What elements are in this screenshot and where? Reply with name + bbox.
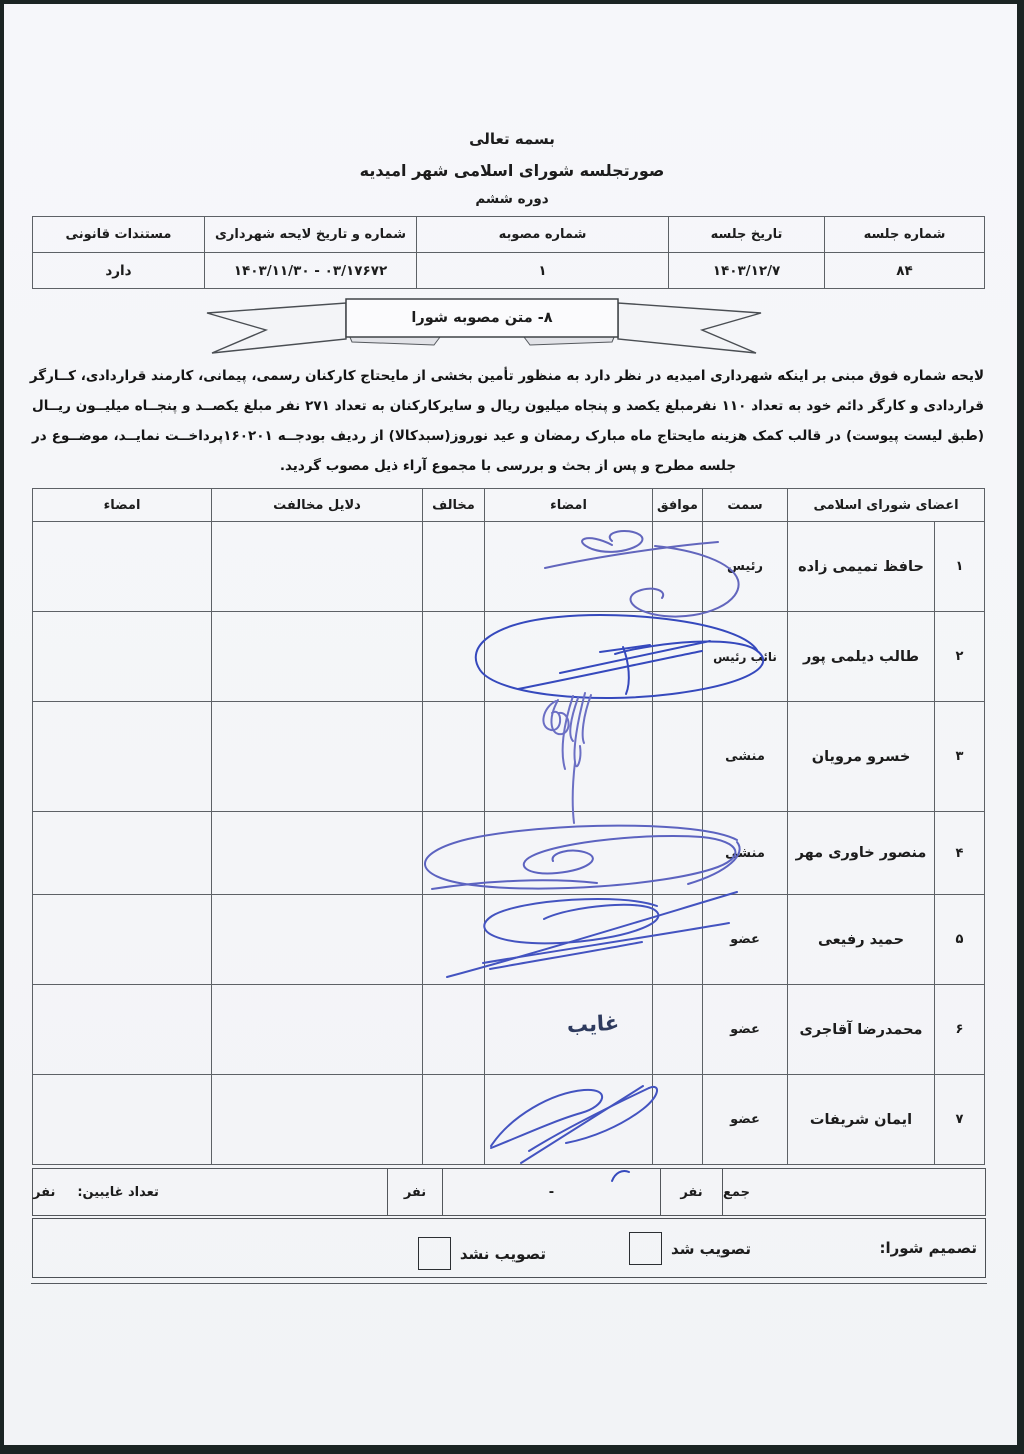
total-label: جمع (722, 1169, 985, 1215)
bill-number-date-header: شماره و تاریخ لایحه شهرداری (205, 217, 417, 253)
document-header: بسمه تعالی صورتجلسه شورای اسلامی شهر امی… (262, 130, 762, 207)
approved-option: تصویب شد (629, 1232, 751, 1265)
resolution-text: لایحه شماره فوق مبنی بر اینکه شهرداری ام… (32, 361, 984, 481)
member-position: نائب رئیس (703, 612, 788, 702)
oppose-reason-cell (212, 985, 423, 1075)
rejected-option: تصویب نشد (418, 1237, 546, 1270)
col-position: سمت (703, 489, 788, 522)
row-number: ۳ (935, 702, 985, 812)
legal-docs-value: دارد (33, 253, 205, 289)
table-row: ۳ خسرو مرویان منشی (33, 702, 985, 812)
table-row: ۵ حمید رفیعی عضو (33, 895, 985, 985)
resolution-line-3: (طبق لیست پیوست) در قالب کمک هزینه مایحت… (32, 421, 984, 451)
member-position: رئیس (703, 522, 788, 612)
agree-cell (653, 612, 703, 702)
oppose-cell (423, 522, 485, 612)
member-position: عضو (703, 1075, 788, 1165)
oppose-cell (423, 1075, 485, 1165)
agree-cell (653, 895, 703, 985)
oppose-reason-cell (212, 812, 423, 895)
agree-cell (653, 812, 703, 895)
bill-number-date-value: ۰۳/۱۷۶۷۲ - ۱۴۰۳/۱۱/۳۰ (205, 253, 417, 289)
page-title: صورتجلسه شورای اسلامی شهر امیدیه (262, 161, 762, 180)
table-row: ۲ طالب دیلمی پور نائب رئیس (33, 612, 985, 702)
agree-cell (653, 522, 703, 612)
row-number: ۱ (935, 522, 985, 612)
rejected-checkbox[interactable] (418, 1237, 451, 1270)
member-position: عضو (703, 985, 788, 1075)
decision-label: تصمیم شورا: (879, 1219, 977, 1277)
oppose-cell (423, 812, 485, 895)
resolution-number-value: ۱ (417, 253, 669, 289)
session-date-header: تاریخ جلسه (669, 217, 825, 253)
member-position: منشی (703, 812, 788, 895)
table-row: ۴ منصور خاوری مهر منشی (33, 812, 985, 895)
scanned-document-page: بسمه تعالی صورتجلسه شورای اسلامی شهر امی… (4, 4, 1017, 1445)
signature-cell (485, 702, 653, 812)
agree-count-unit: نفر (660, 1169, 722, 1215)
table-row: ۶ محمدرضا آقاجری عضو (33, 985, 985, 1075)
approved-label: تصویب شد (671, 1240, 751, 1258)
resolution-number-header: شماره مصوبه (417, 217, 669, 253)
oppose-cell (423, 702, 485, 812)
col-members: اعضای شورای اسلامی (788, 489, 985, 522)
col-signature-2: امضاء (33, 489, 212, 522)
row-number: ۶ (935, 985, 985, 1075)
member-position: عضو (703, 895, 788, 985)
banner-title: ۸- متن مصوبه شورا (346, 299, 618, 337)
session-info-table: شماره جلسه تاریخ جلسه شماره مصوبه شماره … (32, 216, 985, 289)
oppose-reason-cell (212, 522, 423, 612)
table-header-row: اعضای شورای اسلامی سمت موافق امضاء مخالف… (33, 489, 985, 522)
signature-cell (485, 895, 653, 985)
council-decision-row: تصمیم شورا: تصویب شد تصویب نشد (32, 1218, 986, 1278)
col-agree: موافق (653, 489, 703, 522)
oppose-cell (423, 895, 485, 985)
signature2-cell (33, 895, 212, 985)
col-oppose-reasons: دلایل مخالفت (212, 489, 423, 522)
signature2-cell (33, 522, 212, 612)
row-number: ۷ (935, 1075, 985, 1165)
session-number-header: شماره جلسه (825, 217, 985, 253)
member-name: طالب دیلمی پور (788, 612, 935, 702)
signature-cell (485, 812, 653, 895)
member-position: منشی (703, 702, 788, 812)
term-label: دوره ششم (262, 191, 762, 207)
signature2-cell (33, 1075, 212, 1165)
oppose-reason-cell (212, 895, 423, 985)
rejected-label: تصویب نشد (460, 1245, 546, 1263)
legal-docs-header: مستندات قانونی (33, 217, 205, 253)
member-name: حمید رفیعی (788, 895, 935, 985)
signature-cell (485, 612, 653, 702)
absent-count-cell: تعداد غایبین: نفر (33, 1169, 387, 1215)
oppose-count-unit: نفر (387, 1169, 442, 1215)
oppose-cell (423, 612, 485, 702)
row-number: ۵ (935, 895, 985, 985)
oppose-reason-cell (212, 612, 423, 702)
oppose-cell (423, 985, 485, 1075)
signature-cell (485, 522, 653, 612)
agree-cell (653, 1075, 703, 1165)
member-name: حافظ تمیمی زاده (788, 522, 935, 612)
member-name: منصور خاوری مهر (788, 812, 935, 895)
member-name: محمدرضا آقاجری (788, 985, 935, 1075)
col-oppose: مخالف (423, 489, 485, 522)
row-number: ۲ (935, 612, 985, 702)
signature2-cell (33, 812, 212, 895)
signature-cell (485, 1075, 653, 1165)
agree-cell (653, 702, 703, 812)
absent-count-unit: نفر (33, 1185, 55, 1200)
table-row: ۷ ایمان شریفات عضو (33, 1075, 985, 1165)
member-name: ایمان شریفات (788, 1075, 935, 1165)
resolution-line-2: قراردادی و کارگر دائم خود به تعداد ۱۱۰ ن… (32, 391, 984, 421)
table-row: ۱ حافظ تمیمی زاده رئیس (33, 522, 985, 612)
resolution-line-4: جلسه مطرح و پس از بحث و بررسی با مجموع آ… (32, 451, 984, 481)
member-name: خسرو مرویان (788, 702, 935, 812)
row-number: ۴ (935, 812, 985, 895)
signature-dash: - (442, 1169, 660, 1215)
oppose-reason-cell (212, 702, 423, 812)
absent-label: تعداد غایبین: (77, 1185, 159, 1200)
resolution-line-1: لایحه شماره فوق مبنی بر اینکه شهرداری ام… (32, 361, 984, 391)
signature2-cell (33, 985, 212, 1075)
signature2-cell (33, 702, 212, 812)
members-vote-table: اعضای شورای اسلامی سمت موافق امضاء مخالف… (32, 488, 985, 1165)
session-date-value: ۱۴۰۳/۱۲/۷ (669, 253, 825, 289)
session-number-value: ۸۴ (825, 253, 985, 289)
bismillah-line: بسمه تعالی (262, 130, 762, 148)
oppose-reason-cell (212, 1075, 423, 1165)
totals-row: جمع نفر - نفر تعداد غایبین: نفر (32, 1168, 986, 1216)
signature2-cell (33, 612, 212, 702)
approved-checkbox[interactable] (629, 1232, 662, 1265)
col-signature: امضاء (485, 489, 653, 522)
